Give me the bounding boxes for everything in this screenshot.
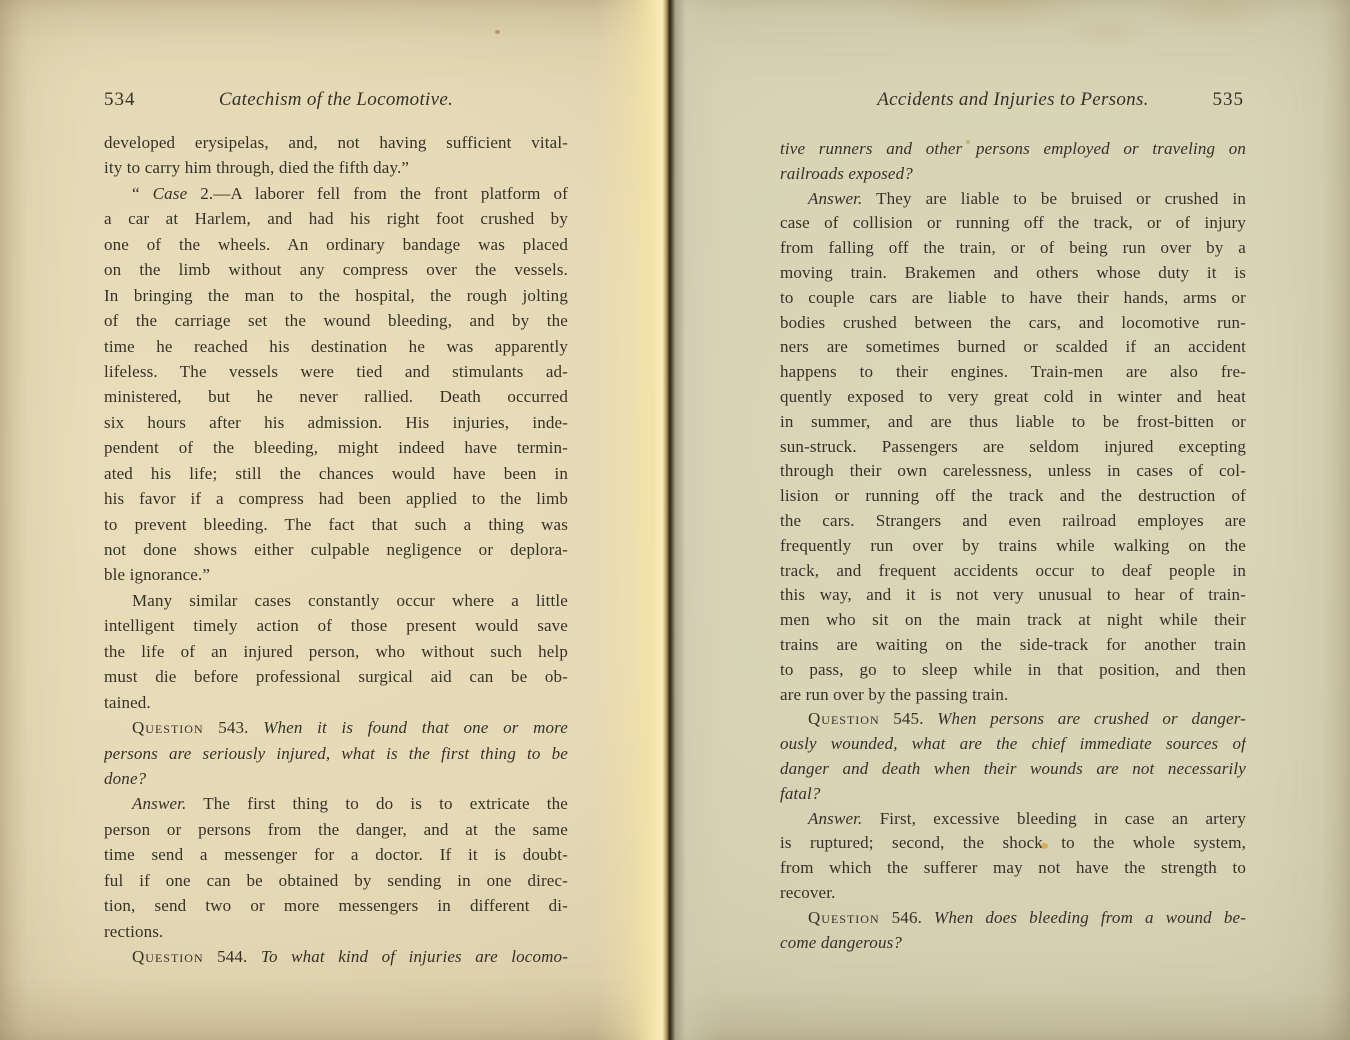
text-line: lision or running off the track and the … (780, 484, 1246, 509)
text-line: intelligent timely action of those prese… (104, 613, 568, 638)
text-line: this way, and it is not very unusual to … (780, 583, 1246, 608)
text-line: of the carriage set the wound bleeding, … (104, 308, 568, 333)
text-line: must die before professional surgical ai… (104, 664, 568, 689)
left-page-text: developed erysipelas, and, not having su… (104, 130, 568, 969)
right-page-header: Accidents and Injuries to Persons. 535 (780, 87, 1246, 113)
text-line: come dangerous? (780, 931, 1246, 956)
text-line: recover. (780, 881, 1246, 906)
right-page: Accidents and Injuries to Persons. 535 t… (676, 0, 1350, 1040)
text-line: Question 543. When it is found that one … (104, 715, 568, 740)
text-line: danger and death when their wounds are n… (780, 757, 1246, 782)
text-line: his favor if a compress had been applied… (104, 486, 568, 511)
text-line: from falling off the train, or of being … (780, 236, 1246, 261)
text-line: on the limb without any compress over th… (104, 257, 568, 282)
right-page-text: tive runners and other persons employed … (780, 137, 1246, 955)
text-line: from which the sufferer may not have the… (780, 856, 1246, 881)
text-line: Many similar cases constantly occur wher… (104, 588, 568, 613)
text-line: ble ignorance.” (104, 562, 568, 587)
text-line: in summer, and are thus liable to be fro… (780, 410, 1246, 435)
text-line: railroads exposed? (780, 162, 1246, 187)
running-title-left: Catechism of the Locomotive. (104, 87, 568, 113)
text-line: is ruptured; second, the shock to the wh… (780, 831, 1246, 856)
text-line: case of collision or running off the tra… (780, 211, 1246, 236)
text-line: tion, send two or more messengers in dif… (104, 893, 568, 918)
text-line: frequently run over by trains while walk… (780, 534, 1246, 559)
page-number-right: 535 (1213, 87, 1245, 113)
text-line: done? (104, 766, 568, 791)
text-line: not done shows either culpable negligenc… (104, 537, 568, 562)
text-line: In bringing the man to the hospital, the… (104, 283, 568, 308)
text-line: ful if one can be obtained by sending in… (104, 868, 568, 893)
text-line: Answer. First, excessive bleeding in cas… (780, 807, 1246, 832)
left-page-header: 534 Catechism of the Locomotive. (104, 87, 568, 113)
text-line: time he reached his destination he was a… (104, 334, 568, 359)
text-line: moving train. Brakemen and others whose … (780, 261, 1246, 286)
text-line: tive runners and other persons employed … (780, 137, 1246, 162)
text-line: time send a messenger for a doctor. If i… (104, 842, 568, 867)
text-line: “ Case 2.—A laborer fell from the front … (104, 181, 568, 206)
text-line: Question 546. When does bleeding from a … (780, 906, 1246, 931)
running-title-right: Accidents and Injuries to Persons. (780, 87, 1246, 113)
text-line: a car at Harlem, and had his right foot … (104, 206, 568, 231)
page-number-left: 534 (104, 87, 136, 113)
text-line: ners are sometimes burned or scalded if … (780, 335, 1246, 360)
text-line: lifeless. The vessels were tied and stim… (104, 359, 568, 384)
text-line: happens to their engines. Train-men are … (780, 360, 1246, 385)
text-line: men who sit on the main track at night w… (780, 608, 1246, 633)
text-line: six hours after his admission. His injur… (104, 410, 568, 435)
text-line: trains are waiting on the side-track for… (780, 633, 1246, 658)
text-line: ministered, but he never rallied. Death … (104, 384, 568, 409)
text-line: bodies crushed between the cars, and loc… (780, 311, 1246, 336)
text-line: quently exposed to very great cold in wi… (780, 385, 1246, 410)
text-line: ated his life; still the chances would h… (104, 461, 568, 486)
text-line: tained. (104, 690, 568, 715)
text-line: are run over by the passing train. (780, 683, 1246, 708)
text-line: to pass, go to sleep while in that posit… (780, 658, 1246, 683)
text-line: person or persons from the danger, and a… (104, 817, 568, 842)
text-line: Answer. The first thing to do is to extr… (104, 791, 568, 816)
text-line: the cars. Strangers and even railroad em… (780, 509, 1246, 534)
text-line: track, and frequent accidents occur to d… (780, 559, 1246, 584)
text-line: to couple cars are liable to have their … (780, 286, 1246, 311)
text-line: Question 544. To what kind of injuries a… (104, 944, 568, 969)
text-line: persons are seriously injured, what is t… (104, 741, 568, 766)
text-line: the life of an injured person, who witho… (104, 639, 568, 664)
text-line: Answer. They are liable to be bruised or… (780, 187, 1246, 212)
text-line: rections. (104, 919, 568, 944)
text-line: Question 545. When persons are crushed o… (780, 707, 1246, 732)
text-line: pendent of the bleeding, might indeed ha… (104, 435, 568, 460)
text-line: fatal? (780, 782, 1246, 807)
text-line: sun-struck. Passengers are seldom injure… (780, 435, 1246, 460)
text-line: through their own carelessness, unless i… (780, 459, 1246, 484)
text-line: ously wounded, what are the chief immedi… (780, 732, 1246, 757)
text-line: one of the wheels. An ordinary bandage w… (104, 232, 568, 257)
left-page: 534 Catechism of the Locomotive. develop… (0, 0, 676, 1040)
book-spread: 534 Catechism of the Locomotive. develop… (0, 0, 1350, 1040)
text-line: ity to carry him through, died the fifth… (104, 155, 568, 180)
text-line: to prevent bleeding. The fact that such … (104, 512, 568, 537)
text-line: developed erysipelas, and, not having su… (104, 130, 568, 155)
